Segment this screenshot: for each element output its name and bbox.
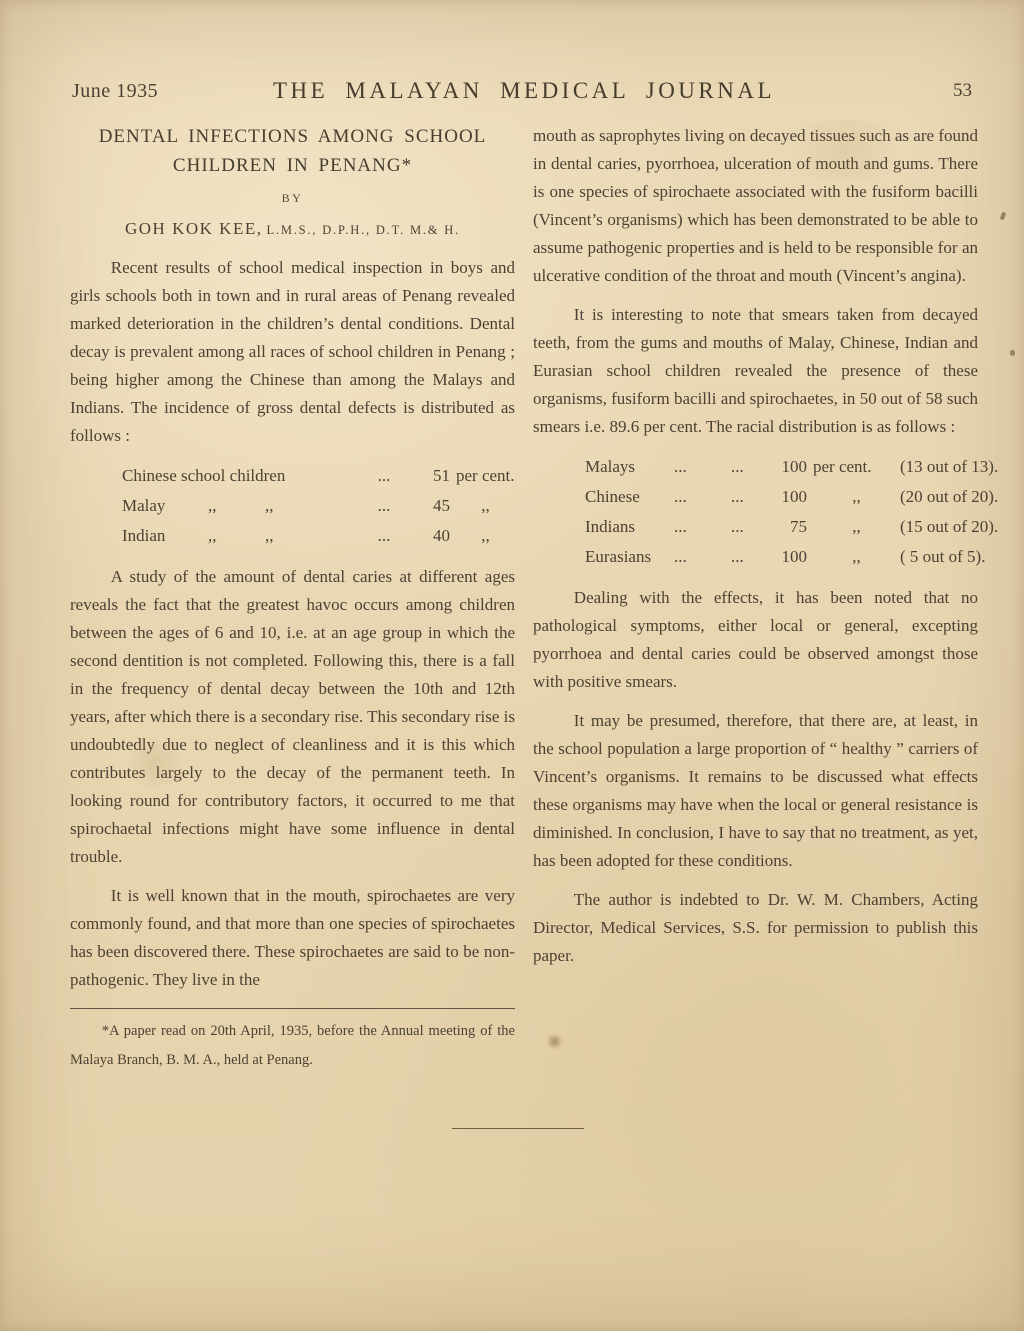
percent-value: 75 [768,512,813,542]
article-title-line1: DENTAL INFECTIONS AMONG SCHOOL [70,122,515,151]
author-degrees: L.M.S., D.P.H., D.T. M.& H. [266,223,460,237]
two-column-layout: DENTAL INFECTIONS AMONG SCHOOL CHILDREN … [70,122,978,1075]
ditto-mark: ,, [265,491,358,521]
table-row: Indians ... ... 75 ,, (15 out of 20). [585,512,978,542]
body-paragraph: It is well known that in the mouth, spir… [70,882,515,994]
count-detail: (15 out of 20). [900,512,998,542]
percent-unit: per cent. [813,452,900,482]
byline-label: BY [70,191,515,206]
leader-dots: ... [731,512,768,542]
race-label: Indian [122,521,208,551]
scan-speck [1000,212,1006,221]
leader-dots: ... [358,521,410,551]
table-row: Chinese ... ... 100 ,, (20 out of 20). [585,482,978,512]
body-paragraph: A study of the amount of dental caries a… [70,563,515,871]
leader-dots: ... [731,482,768,512]
body-paragraph: The author is indebted to Dr. W. M. Cham… [533,886,978,970]
leader-dots: ... [674,452,731,482]
incidence-table: Chinese school children ... 51 per cent.… [122,461,515,551]
table-row: Indian ,, ,, ... 40 ,, [122,521,515,551]
percent-value: 40 [410,521,456,551]
race-label: Indians [585,512,674,542]
table-row: Malay ,, ,, ... 45 ,, [122,491,515,521]
race-label: Malays [585,452,674,482]
count-detail: ( 5 out of 5). [900,542,985,572]
ditto-mark: ,, [456,491,515,521]
running-header: June 1935 THE MALAYAN MEDICAL JOURNAL 53 [70,78,978,112]
footnote-text: *A paper read on 20th April, 1935, befor… [70,1017,515,1075]
page-number: 53 [953,80,972,102]
leader-dots: ... [674,482,731,512]
leader-dots: ... [731,452,768,482]
leader-dots: ... [674,542,731,572]
body-paragraph: It is interesting to note that smears ta… [533,301,978,441]
table-row: Chinese school children ... 51 per cent. [122,461,515,491]
racial-distribution-table: Malays ... ... 100 per cent. (13 out of … [585,452,978,572]
percent-value: 100 [768,542,813,572]
table-row: Malays ... ... 100 per cent. (13 out of … [585,452,978,482]
footnote: *A paper read on 20th April, 1935, befor… [70,1008,515,1075]
percent-value: 45 [410,491,456,521]
journal-title: THE MALAYAN MEDICAL JOURNAL [273,78,775,104]
percent-value: 100 [768,482,813,512]
leader-dots: ... [358,491,410,521]
race-label: Malay [122,491,208,521]
body-paragraph: mouth as saprophytes living on decayed t… [533,122,978,290]
scan-speck [1010,350,1015,356]
journal-page: June 1935 THE MALAYAN MEDICAL JOURNAL 53… [0,0,1024,1331]
leader-dots: ... [674,512,731,542]
race-label: Chinese school children [122,461,358,491]
body-paragraph: Recent results of school medical inspect… [70,254,515,450]
ditto-mark: ,, [208,521,265,551]
race-label: Eurasians [585,542,674,572]
count-detail: (20 out of 20). [900,482,998,512]
leader-dots: ... [731,542,768,572]
end-divider-rule [452,1128,584,1129]
percent-unit: per cent. [456,461,515,491]
left-column: DENTAL INFECTIONS AMONG SCHOOL CHILDREN … [70,122,515,1075]
right-column: mouth as saprophytes living on decayed t… [533,122,978,981]
body-paragraph: It may be presumed, therefore, that ther… [533,707,978,875]
ditto-mark: ,, [813,482,900,512]
author-name: GOH KOK KEE, [125,219,262,238]
ditto-mark: ,, [813,542,900,572]
count-detail: (13 out of 13). [900,452,998,482]
issue-date: June 1935 [72,80,158,103]
author-line: GOH KOK KEE, L.M.S., D.P.H., D.T. M.& H. [70,219,515,239]
percent-value: 51 [410,461,456,491]
race-label: Chinese [585,482,674,512]
leader-dots: ... [358,461,410,491]
ditto-mark: ,, [813,512,900,542]
ditto-mark: ,, [456,521,515,551]
body-paragraph: Dealing with the effects, it has been no… [533,584,978,696]
ditto-mark: ,, [208,491,265,521]
percent-value: 100 [768,452,813,482]
article-title-line2: CHILDREN IN PENANG* [70,151,515,180]
table-row: Eurasians ... ... 100 ,, ( 5 out of 5). [585,542,978,572]
ditto-mark: ,, [265,521,358,551]
article-title: DENTAL INFECTIONS AMONG SCHOOL CHILDREN … [70,122,515,180]
